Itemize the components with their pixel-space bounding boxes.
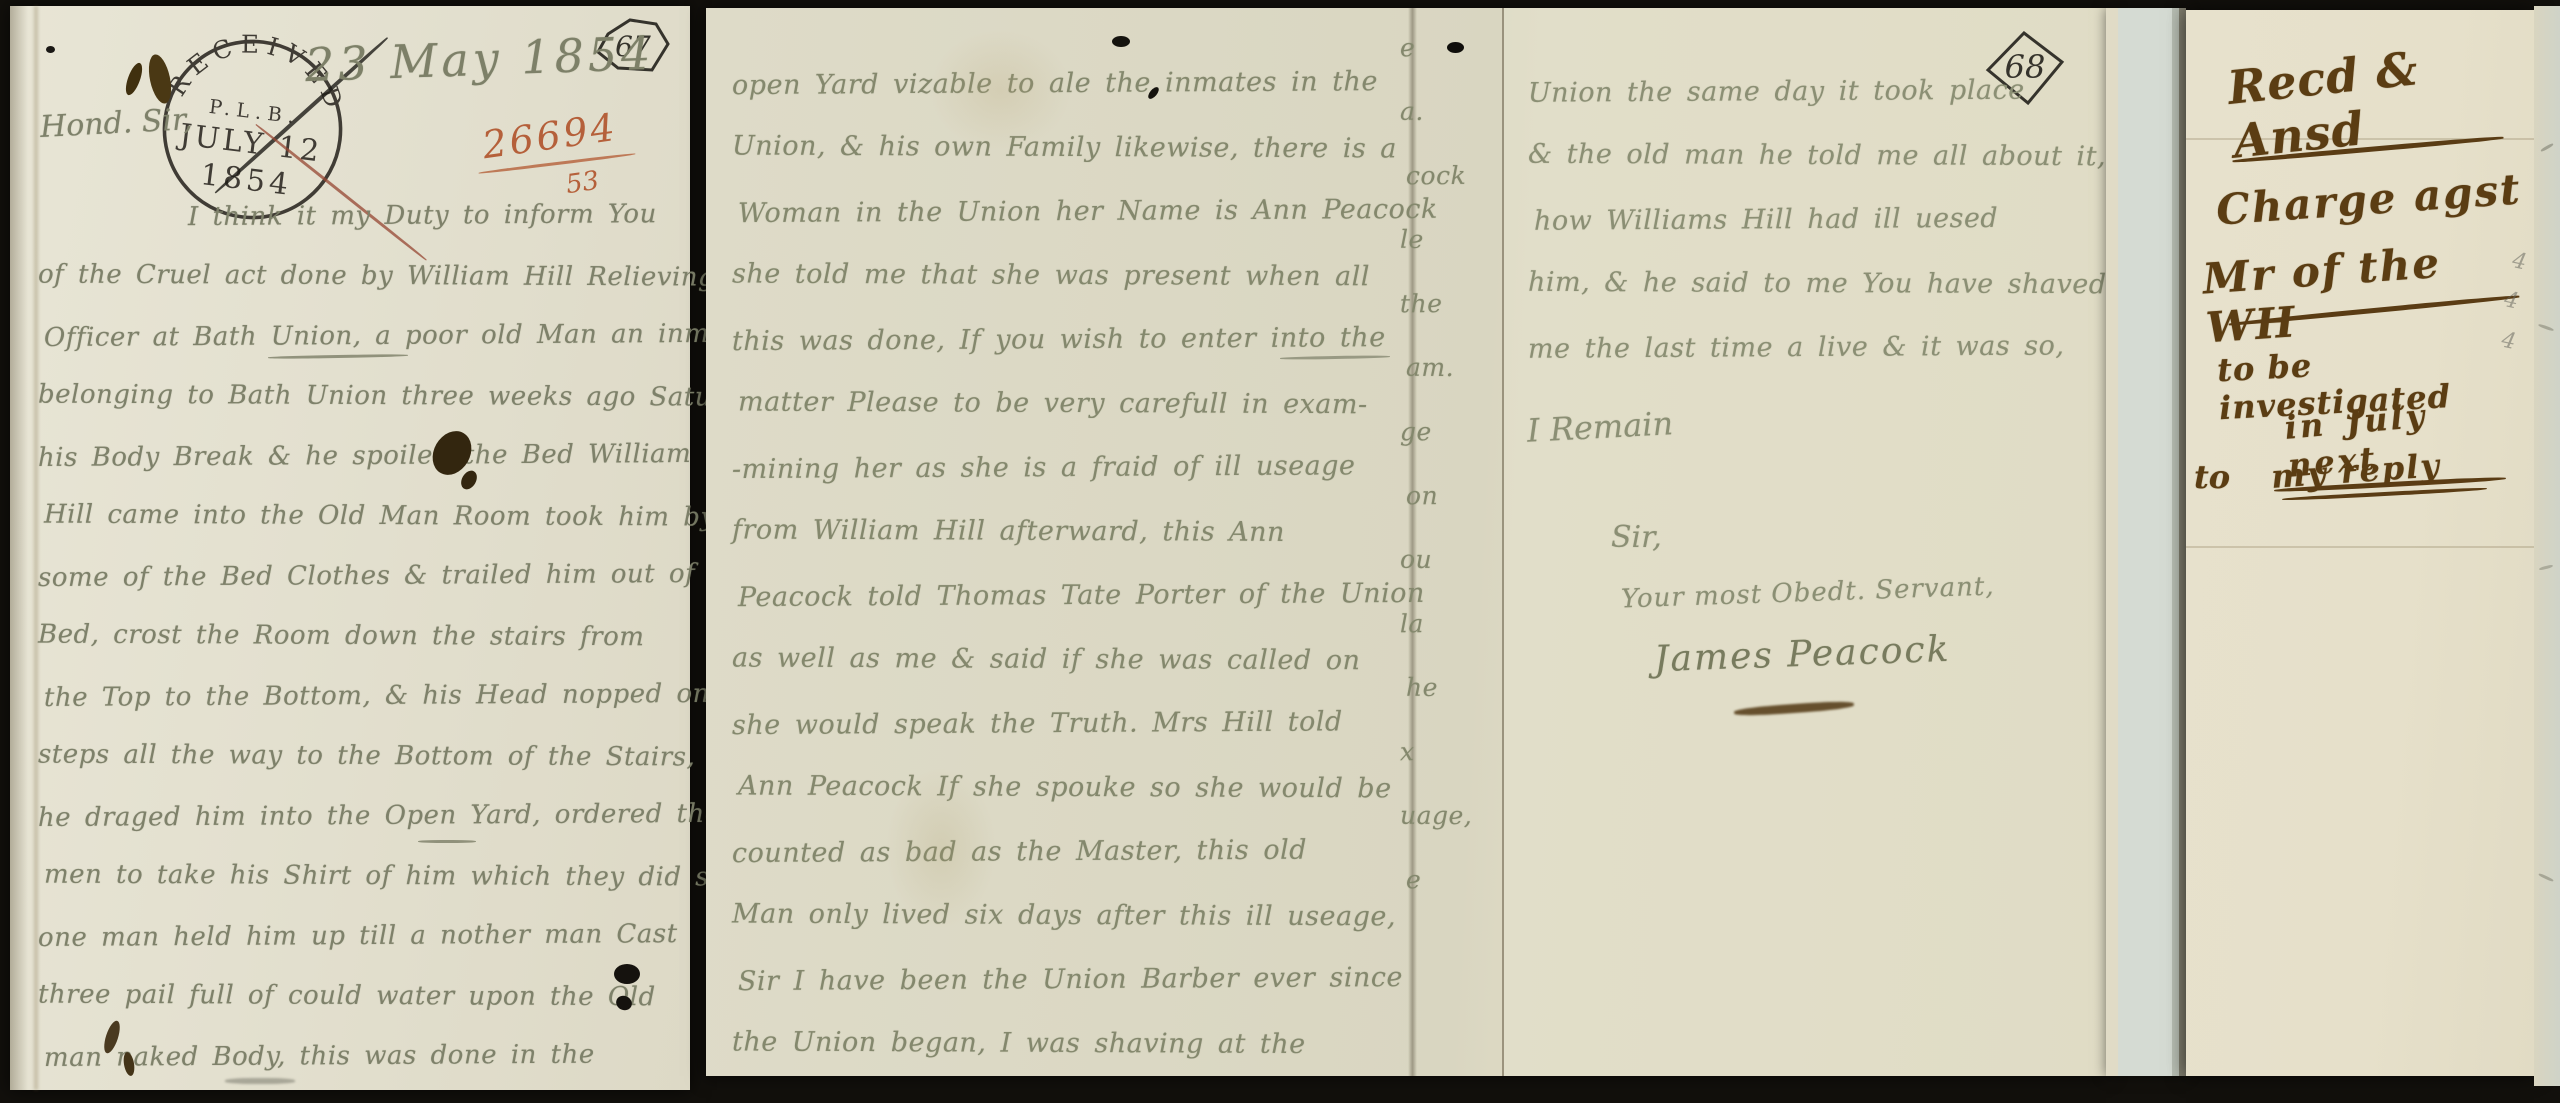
text-line: Hill came into the Old Man Room took him… [44,485,693,548]
text-line: ou [1400,528,1500,592]
docket-charge-line2: Mr of the WH [2201,232,2537,353]
docket-charge-line1: Charge agst [2215,164,2523,234]
text-line: she told me that she was present when al… [732,242,1422,309]
text-line: cock [1406,144,1500,209]
text-line: uage, [1400,784,1500,848]
faint-writing-mark [2540,143,2554,153]
text-line: -mining her as she is a fraid of ill use… [732,434,1422,502]
date-line: 23 May 1854 [304,26,655,92]
ink-speck [46,46,55,53]
letter-scan: RECEIVED P.L.B. JULY 12 1854 67 23 May 1… [0,0,2560,1103]
ink-speck [1112,36,1130,47]
docket-page: Recd & Ansd Charge agst Mr of the WH to … [2186,10,2534,1076]
text-line: matter Please to be very carefull in exa… [738,371,1422,438]
text-line: Sir I have been the Union Barber ever si… [738,946,1422,1014]
text-line: Man only lived six days after this ill u… [732,882,1422,949]
paper-stain [886,768,996,928]
text-line: him, & he said to me You have shaved [1528,251,2098,317]
text-line: one man held him up till a nother man Ca… [38,904,693,968]
faint-writing-mark [2538,873,2554,882]
text-line: open Yard vizable to ale the inmates in … [732,50,1422,118]
text-line: men to take his Shirt of him which they … [44,845,693,908]
text-line: Officer at Bath Union, a poor old Man an… [44,304,693,368]
leaf-edge-line [1502,8,1504,1076]
text-line: ge [1400,400,1500,465]
text-line: a. [1400,80,1500,144]
text-line: steps all the way to the Bottom of the S… [38,725,693,788]
paper-stain [930,30,1070,150]
text-line: man naked Body, this was done in the [44,1024,693,1088]
text-line: the Top to the Bottom, & his Head nopped… [44,664,693,728]
text-line: as well as me & said if she was called o… [732,626,1422,693]
blue-paper-strip [2106,8,2186,1076]
text-line: Ann Peacock If she spouke so she would b… [738,755,1422,822]
ink-blot [123,61,146,97]
text-line: Woman in the Union her Name is Ann Peaco… [738,178,1422,246]
text-line: belonging to Bath Union three weeks ago … [38,365,693,428]
text-line: & the old man he told me all about it, [1528,123,2098,189]
text-line: the [1400,272,1500,337]
text-line: his Body Break & he spoiled the Bed Will… [38,424,693,488]
text-line: counted as bad as the Master, this old [732,818,1422,886]
docket-to: to [2194,458,2230,496]
text-line: me the last time a live & it was so, [1528,314,2098,381]
text-line: Union, & his own Family likewise, there … [732,114,1422,181]
text-line: he [1406,656,1500,720]
text-line: x [1400,720,1500,785]
underline-mark [418,840,476,843]
docket-crease [2186,546,2534,548]
text-line: e [1406,848,1500,913]
letter-spread-68: 68 open Yard vizable to ale the inmates … [706,8,2106,1076]
text-line: of the Cruel act done by William Hill Re… [38,245,693,308]
text-line: on [1406,464,1500,529]
text-line: three pail full of could water upon the … [38,965,693,1028]
text-line: Peacock told Thomas Tate Porter of the U… [738,562,1422,630]
fold-fragments: ea.cockletheam.geonoulahexuage,e [1400,16,1500,912]
text-line: la [1400,592,1500,657]
text-line: I think it my Duty to inform You [38,184,693,248]
text-line: some of the Bed Clothes & trailed him ou… [38,544,693,608]
text-line: from William Hill afterward, this Ann [732,498,1422,565]
text-line: Bed, crost the Room down the stairs from [38,605,693,668]
text-line: the Union began, I was shaving at the [732,1010,1422,1077]
closing-sir: Sir, [1611,520,1662,555]
letter-page-67: RECEIVED P.L.B. JULY 12 1854 67 23 May 1… [10,6,690,1090]
text-line: Union the same day it took place [1528,58,2098,125]
ink-blot [614,964,640,984]
ink-speck [1447,42,1464,53]
closing-remain: I Remain [1526,404,1674,450]
letter-body-page67v: open Yard vizable to ale the inmates in … [732,52,1422,1076]
underline-smear [225,1078,295,1084]
faint-writing-mark [2539,564,2553,571]
page-edge-sliver [2534,6,2560,1086]
text-line: she would speak the Truth. Mrs Hill told [732,690,1422,758]
text-line: am. [1406,336,1500,400]
text-line: he draged him into the Open Yard, ordere… [38,784,693,848]
page-edge-shadow [10,6,28,1090]
text-line: le [1400,208,1500,272]
letter-body-page68: Union the same day it took place& the ol… [1528,60,2098,380]
text-line: this was done, If you wish to enter into… [732,306,1422,374]
text-line: how Williams Hill had ill uesed [1534,186,2098,253]
letter-body-page67: I think it my Duty to inform Youof the C… [38,186,693,1086]
faint-writing-mark [2538,323,2554,331]
